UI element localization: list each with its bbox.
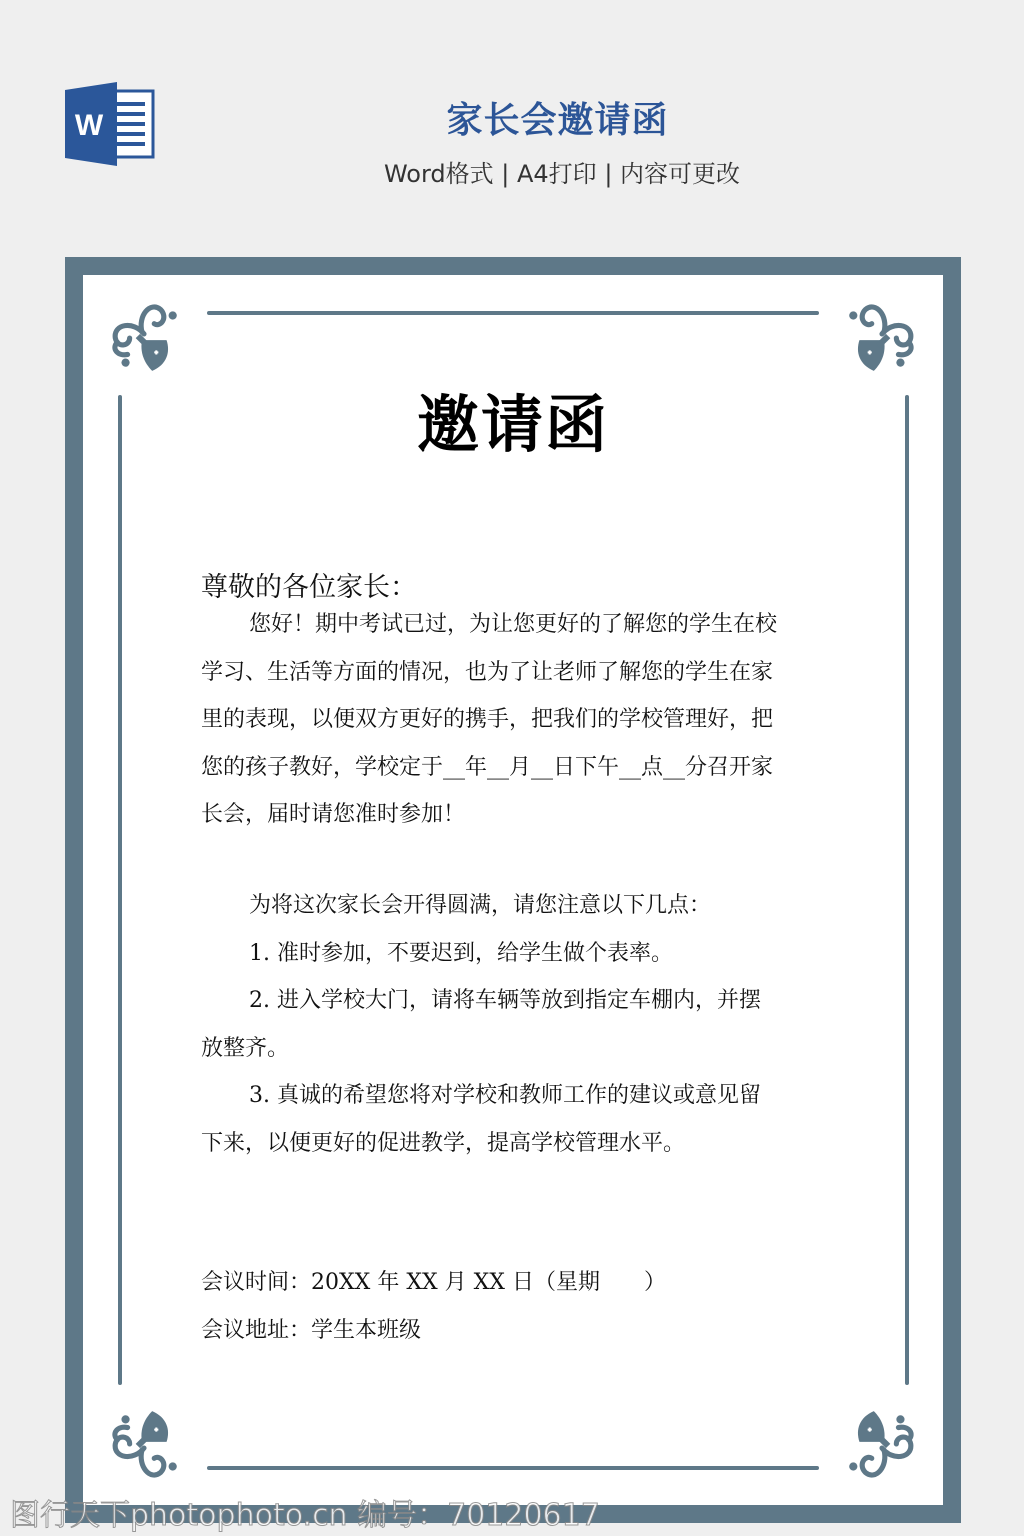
meeting-time: 会议时间：20XX 年 XX 月 XX 日（星期 ） — [201, 1259, 841, 1307]
fleur-de-lis-icon — [841, 1405, 923, 1487]
note-item-2-cont: 放整齐。 — [201, 1025, 841, 1073]
notes-section: 为将这次家长会开得圆满，请您注意以下几点： 1. 准时参加，不要迟到，给学生做个… — [201, 882, 841, 1167]
meeting-place: 会议地址：学生本班级 — [201, 1307, 841, 1355]
meeting-time-value: 20XX 年 XX 月 XX 日（星期 ） — [311, 1270, 666, 1295]
document-title: 邀请函 — [83, 375, 943, 464]
intro-line: 长会，届时请您准时参加！ — [201, 791, 841, 839]
intro-line: 您的孩子教好，学校定于__年__月__日下午__点__分召开家 — [201, 744, 841, 792]
notes-intro: 为将这次家长会开得圆满，请您注意以下几点： — [201, 882, 841, 930]
intro-paragraph: 您好！期中考试已过，为让您更好的了解您的学生在校 学习、生活等方面的情况，也为了… — [201, 601, 841, 839]
note-item-2: 2. 进入学校大门，请将车辆等放到指定车棚内，并摆 — [201, 977, 841, 1025]
fleur-de-lis-icon — [841, 295, 923, 377]
fleur-de-lis-icon — [103, 295, 185, 377]
document-frame: 邀请函 尊敬的各位家长： 您好！期中考试已过，为让您更好的了解您的学生在校 学习… — [65, 257, 961, 1523]
meeting-place-label: 会议地址： — [201, 1318, 311, 1343]
greeting: 尊敬的各位家长： — [201, 565, 841, 604]
note-item-3: 3. 真诚的希望您将对学校和教师工作的建议或意见留 — [201, 1072, 841, 1120]
document-paper: 邀请函 尊敬的各位家长： 您好！期中考试已过，为让您更好的了解您的学生在校 学习… — [83, 275, 943, 1505]
meeting-time-label: 会议时间： — [201, 1270, 311, 1295]
left-divider — [118, 395, 122, 1385]
intro-line: 您好！期中考试已过，为让您更好的了解您的学生在校 — [201, 601, 841, 649]
note-item-3-cont: 下来，以便更好的促进教学，提高学校管理水平。 — [201, 1120, 841, 1168]
page-title: 家长会邀请函 — [0, 92, 1024, 143]
meeting-info: 会议时间：20XX 年 XX 月 XX 日（星期 ） 会议地址：学生本班级 — [201, 1259, 841, 1354]
bottom-divider — [207, 1466, 819, 1470]
page-subtitle: Word格式 | A4打印 | 内容可更改 — [0, 154, 1024, 189]
intro-line: 里的表现，以便双方更好的携手，把我们的学校管理好，把 — [201, 696, 841, 744]
watermark: 图行天下photophoto.cn 编号：70120617 — [10, 1490, 600, 1534]
intro-line: 学习、生活等方面的情况，也为了让老师了解您的学生在家 — [201, 649, 841, 697]
top-divider — [207, 311, 819, 315]
meeting-place-value: 学生本班级 — [311, 1318, 421, 1343]
note-item-1: 1. 准时参加，不要迟到，给学生做个表率。 — [201, 930, 841, 978]
right-divider — [905, 395, 909, 1385]
fleur-de-lis-icon — [103, 1405, 185, 1487]
